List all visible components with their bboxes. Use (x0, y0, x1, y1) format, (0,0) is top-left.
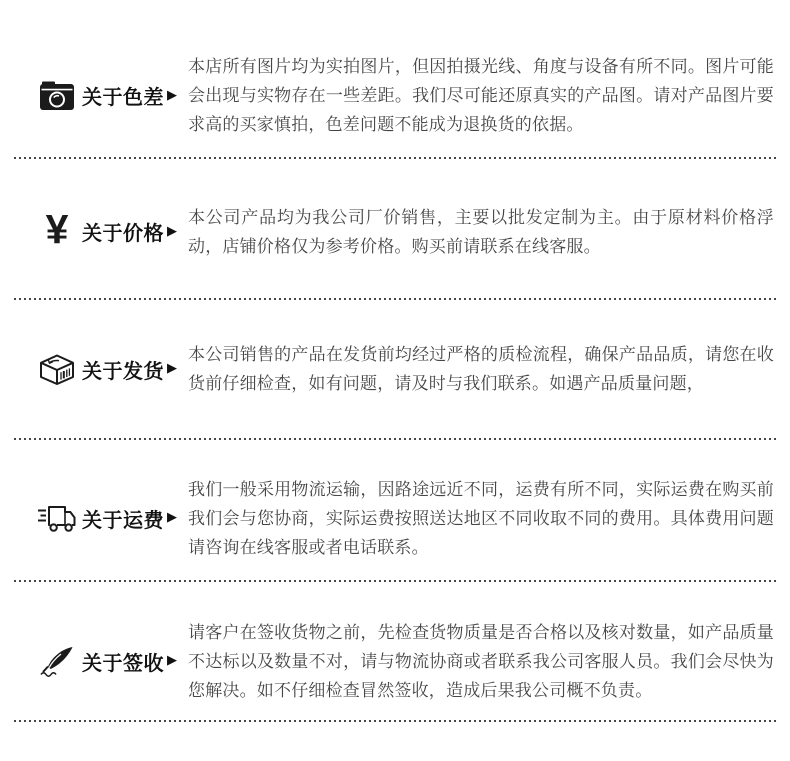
arrow-right-icon: ▶ (167, 87, 177, 103)
notice-text: 请客户在签收货物之前，先检查货物质量是否合格以及核对数量，如产品质量不达标以及数… (188, 618, 774, 705)
quill-icon (36, 646, 78, 677)
notice-section-freight: 关于运费 ▶ 我们一般采用物流运输，因路途远近不同，运费有所不同，实际运费在购买… (0, 440, 790, 580)
arrow-right-icon: ▶ (167, 509, 177, 525)
arrow-right-icon: ▶ (167, 360, 177, 376)
notice-label-price: ¥ 关于价格 ▶ (36, 211, 184, 252)
notice-page: 关于色差 ▶ 本店所有图片均为实拍图片，但因拍摄光线、角度与设备有所不同。图片可… (0, 0, 790, 761)
notice-section-price: ¥ 关于价格 ▶ 本公司产品均为我公司厂价销售，主要以批发定制为主。由于原材料价… (0, 159, 790, 298)
notice-text: 我们一般采用物流运输，因路途远近不同，运费有所不同，实际运费在购买前我们会与您协… (188, 475, 774, 562)
notice-label-color-difference: 关于色差 ▶ (36, 81, 184, 111)
dotted-divider (14, 720, 776, 722)
notice-title: 关于运费 (82, 504, 164, 533)
notice-text: 本公司产品均为我公司厂价销售，主要以批发定制为主。由于原材料价格浮动，店铺价格仅… (188, 203, 774, 261)
notice-label-shipping: 关于发货 ▶ (36, 354, 184, 385)
camera-icon (36, 81, 78, 111)
yuan-icon: ¥ (36, 211, 78, 252)
notice-title: 关于色差 (82, 81, 164, 110)
notice-title: 关于签收 (82, 647, 164, 676)
notice-text: 本公司销售的产品在发货前均经过严格的质检流程，确保产品品质，请您在收货前仔细检查… (188, 340, 774, 398)
notice-section-shipping: 关于发货 ▶ 本公司销售的产品在发货前均经过严格的质检流程，确保产品品质，请您在… (0, 300, 790, 438)
package-icon (36, 354, 78, 385)
arrow-right-icon: ▶ (167, 652, 177, 668)
arrow-right-icon: ▶ (167, 223, 177, 239)
notice-title: 关于价格 (82, 217, 164, 246)
notice-label-freight: 关于运费 ▶ (36, 504, 184, 533)
notice-section-color-difference: 关于色差 ▶ 本店所有图片均为实拍图片，但因拍摄光线、角度与设备有所不同。图片可… (0, 0, 790, 157)
notice-label-receipt: 关于签收 ▶ (36, 646, 184, 677)
notice-section-receipt: 关于签收 ▶ 请客户在签收货物之前，先检查货物质量是否合格以及核对数量，如产品质… (0, 582, 790, 720)
notice-text: 本店所有图片均为实拍图片，但因拍摄光线、角度与设备有所不同。图片可能会出现与实物… (188, 52, 774, 139)
notice-title: 关于发货 (82, 355, 164, 384)
truck-icon (36, 504, 78, 533)
